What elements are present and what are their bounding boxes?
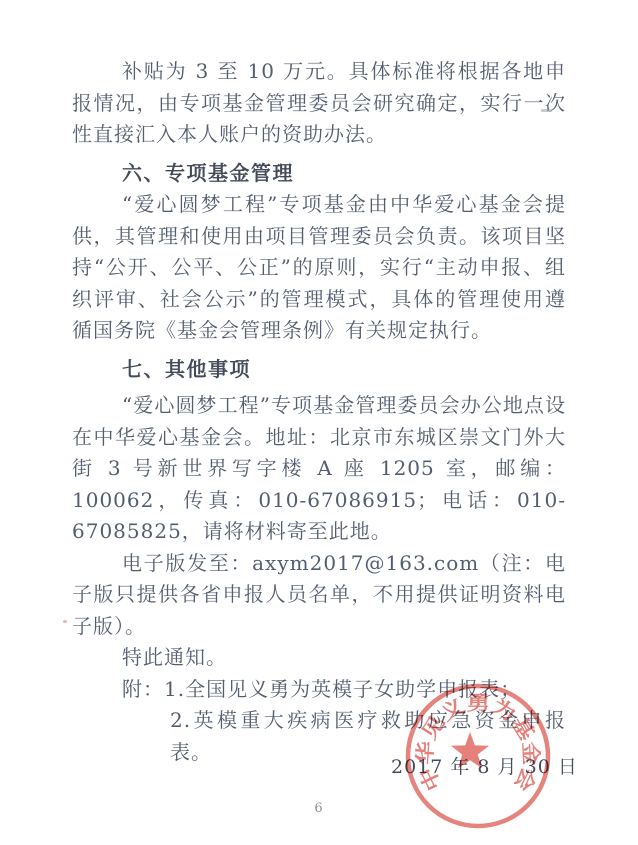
- document-body: 补贴为 3 至 10 万元。具体标准将根据各地申报情况，由专项基金管理委员会研究…: [72, 56, 566, 768]
- paragraph-subsidy: 补贴为 3 至 10 万元。具体标准将根据各地申报情况，由专项基金管理委员会研究…: [72, 56, 566, 151]
- section-heading-six: 六、专项基金管理: [72, 158, 566, 190]
- page-number: 6: [0, 801, 638, 816]
- section-heading-seven: 七、其他事项: [72, 354, 566, 386]
- document-page: 补贴为 3 至 10 万元。具体标准将根据各地申报情况，由专项基金管理委员会研究…: [0, 0, 638, 845]
- issue-date: 2017 年 8 月 30 日: [391, 752, 578, 779]
- paragraph-fund-management: “爱心圆梦工程”专项基金由中华爱心基金会提供，其管理和使用由项目管理委员会负责。…: [72, 189, 566, 347]
- scan-artifact-speck: [63, 620, 67, 623]
- notice-line: 特此通知。: [72, 642, 566, 674]
- paragraph-office-address: “爱心圆梦工程”专项基金管理委员会办公地点设在中华爱心基金会。地址：北京市东城区…: [72, 390, 566, 548]
- paragraph-email: 电子版发至：axym2017@163.com（注：电子版只提供各省申报人员名单，…: [72, 548, 566, 643]
- scan-artifact-dash: [541, 109, 552, 112]
- attachment-item-1: 附：1.全国见义勇为英模子女助学申报表；: [72, 674, 566, 706]
